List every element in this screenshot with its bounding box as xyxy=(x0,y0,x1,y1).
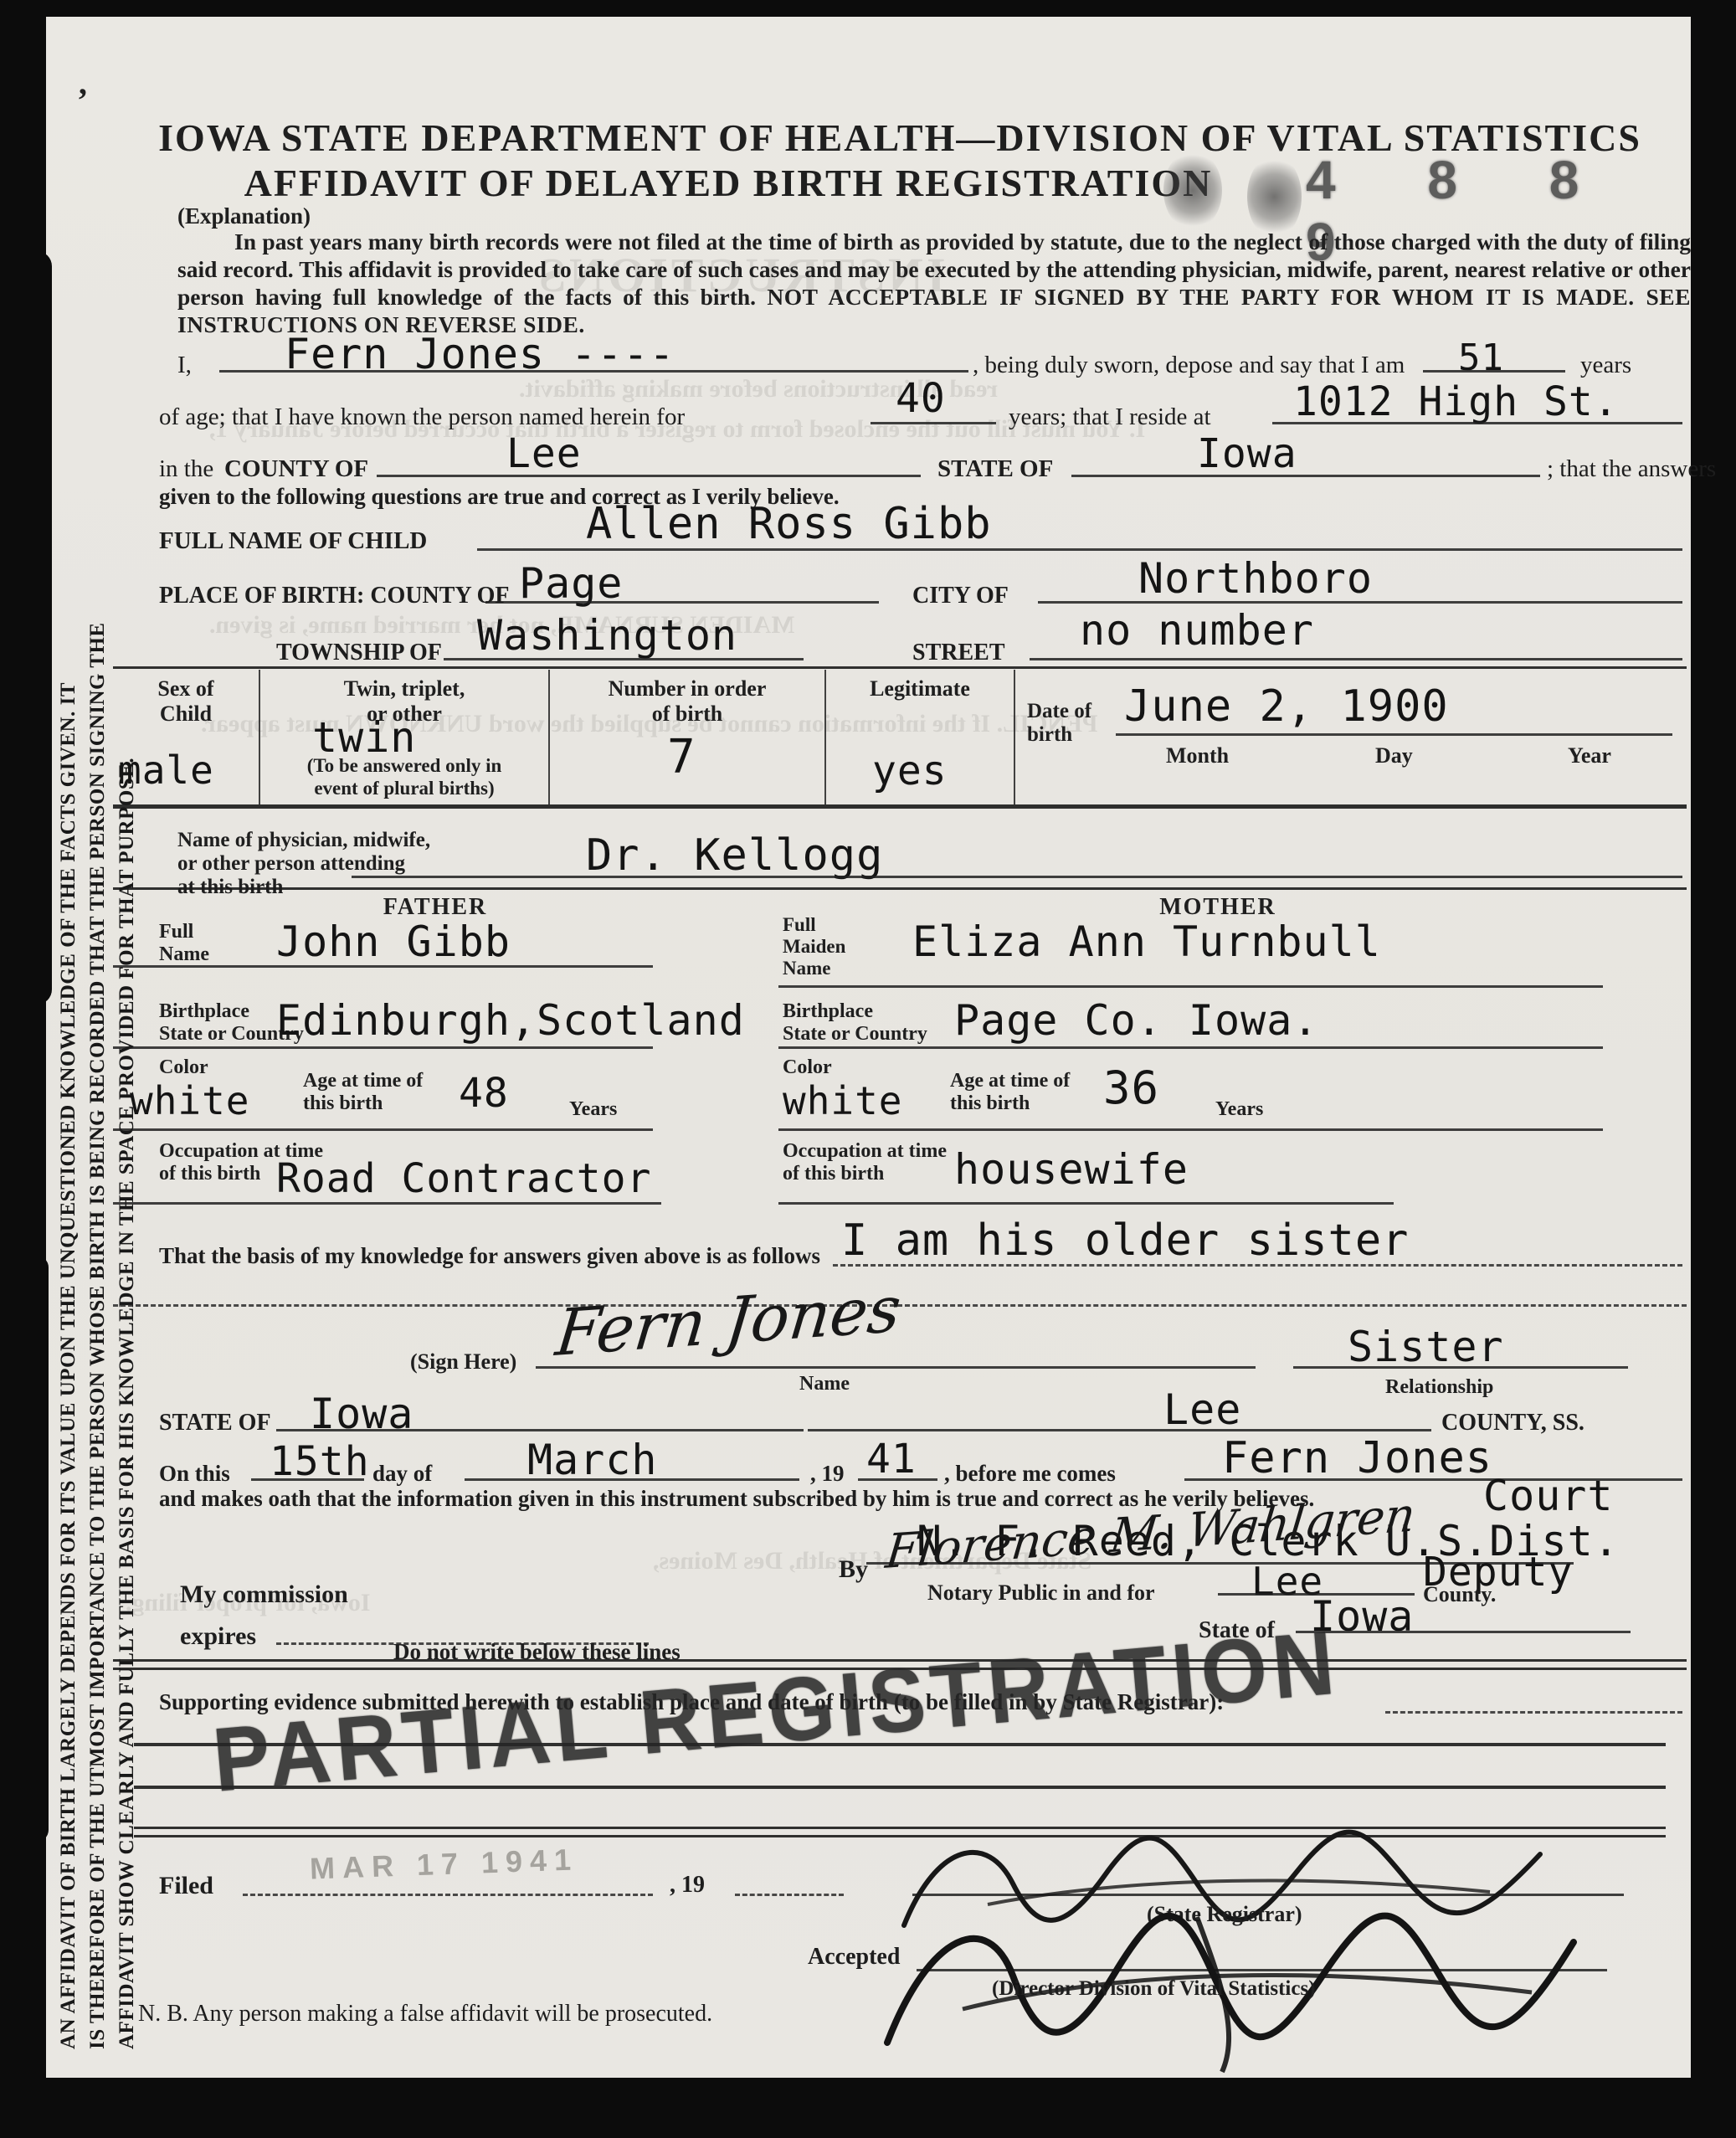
birth-date-value: June 2, 1900 xyxy=(1124,681,1449,732)
blank-line xyxy=(1038,601,1682,604)
blank-line xyxy=(113,1128,653,1131)
blank-line xyxy=(833,1264,1682,1267)
commission-label-2: expires xyxy=(180,1622,256,1651)
day-label: Day xyxy=(1375,743,1413,768)
scan-edge-top xyxy=(0,0,1736,17)
blank-line xyxy=(352,876,1682,878)
blank-line xyxy=(477,548,1682,551)
mother-birthplace-value: Page Co. Iowa. xyxy=(954,996,1318,1045)
basis-value: I am his older sister xyxy=(841,1215,1409,1266)
blank-line xyxy=(243,1894,653,1896)
years-label: years xyxy=(1580,352,1631,379)
relationship-caption: Relationship xyxy=(1385,1376,1493,1399)
reside-label: years; that I reside at xyxy=(1009,403,1211,431)
mother-occupation-label: Occupation at time of this birth xyxy=(783,1140,947,1185)
relationship-line xyxy=(1293,1366,1628,1369)
basis-label: That the basis of my knowledge for answe… xyxy=(159,1243,820,1269)
scan-edge-bottom xyxy=(0,2078,1736,2138)
legitimate-header: Legitimate xyxy=(826,676,1014,702)
director-caption: (Director Division of Vital Statistics) xyxy=(992,1977,1316,2001)
state-of-label: STATE OF xyxy=(937,455,1053,483)
legitimate-value: yes xyxy=(872,748,948,794)
county-suffix-label: County. xyxy=(1423,1582,1496,1607)
father-years-label: Years xyxy=(569,1098,617,1121)
scanned-affidavit-document: { "doc": { "title1": "IOWA STATE DEPARTM… xyxy=(0,0,1736,2138)
explanation-paragraph: In past years many birth records were no… xyxy=(177,228,1691,338)
by-label: By xyxy=(839,1555,868,1584)
blank-line xyxy=(276,1429,804,1431)
affiant-intro-label: I, xyxy=(177,352,192,379)
child-name-label: FULL NAME OF CHILD xyxy=(159,527,427,555)
blank-line xyxy=(113,1202,661,1205)
birth-details-grid: Sex of Child male Twin, triplet, or othe… xyxy=(113,670,1687,809)
on-this-label: On this xyxy=(159,1461,230,1487)
mother-age-value: 36 xyxy=(1103,1061,1159,1114)
blank-line xyxy=(485,601,879,604)
blank-line xyxy=(377,475,921,477)
margin-instruction-note: AN AFFIDAVIT OF BIRTH LARGELY DEPENDS FO… xyxy=(54,124,141,2049)
section-rule xyxy=(113,887,1687,890)
physician-value: Dr. Kellogg xyxy=(586,830,883,881)
notary-label: Notary Public in and for xyxy=(927,1580,1155,1606)
street-value: no number xyxy=(1080,606,1314,655)
blank-line xyxy=(219,370,968,373)
scan-edge-wave xyxy=(35,1256,49,1842)
blank-line xyxy=(1071,475,1540,477)
mother-age-label: Age at time of this birth xyxy=(950,1070,1070,1115)
mother-years-label: Years xyxy=(1215,1098,1263,1121)
city-of-label: CITY OF xyxy=(912,583,1009,609)
county-of-label: COUNTY OF xyxy=(224,455,368,483)
blank-line xyxy=(778,985,1603,988)
street-label: STREET xyxy=(912,640,1005,666)
mother-name-label: Full Maiden Name xyxy=(783,914,845,979)
document-title-line2: AFFIDAVIT OF DELAYED BIRTH REGISTRATION xyxy=(113,161,1343,205)
oath-state-label: STATE OF xyxy=(159,1410,271,1436)
father-name-value: John Gibb xyxy=(276,917,511,966)
day-of-label: day of xyxy=(372,1461,432,1487)
father-age-label: Age at time of this birth xyxy=(303,1070,423,1115)
blank-line xyxy=(1030,658,1682,660)
blank-line xyxy=(778,1128,1603,1131)
commission-label-1: My commission xyxy=(180,1580,348,1609)
affiant-age-value: 51 xyxy=(1458,337,1504,379)
twin-note: (To be answered only in event of plural … xyxy=(260,755,548,799)
mother-color-label: Color xyxy=(783,1056,832,1079)
known-years-label: of age; that I have known the person nam… xyxy=(159,403,685,431)
blank-line xyxy=(858,1478,937,1481)
state-value: Iowa xyxy=(1197,430,1297,477)
corner-mark: ’ xyxy=(77,80,88,120)
blank-line xyxy=(778,1046,1603,1049)
sworn-label: , being duly sworn, depose and say that … xyxy=(973,352,1405,379)
birth-order-value: 7 xyxy=(667,730,696,784)
scan-edge-right xyxy=(1691,0,1736,2138)
blank-line xyxy=(1423,370,1565,373)
section-rule xyxy=(113,666,1687,669)
filed-label: Filed xyxy=(159,1872,213,1900)
blank-line xyxy=(465,1478,799,1481)
court-value: Court xyxy=(1483,1472,1614,1520)
comes-name-value: Fern Jones xyxy=(1222,1433,1492,1483)
scan-edge-wave xyxy=(33,251,52,1005)
sign-here-label: (Sign Here) xyxy=(410,1349,516,1375)
blank-line xyxy=(808,1429,1431,1431)
address-value: 1012 High St. xyxy=(1293,378,1619,425)
blank-line xyxy=(735,1894,844,1896)
year-label: Year xyxy=(1568,743,1611,768)
father-color-value: white xyxy=(130,1078,249,1123)
month-label: Month xyxy=(1166,743,1229,768)
father-name-label: Full Name xyxy=(159,921,209,966)
blank-line xyxy=(1116,733,1672,736)
father-occupation-value: Road Contractor xyxy=(276,1155,651,1202)
township-value: Washington xyxy=(477,611,737,660)
explanation-heading: (Explanation) xyxy=(177,203,311,229)
blank-line xyxy=(1385,1711,1682,1714)
twin-cell: Twin, triplet, or other twin (To be answ… xyxy=(260,670,550,804)
blank-line xyxy=(444,658,804,660)
blank-line xyxy=(113,965,653,968)
sex-header: Sex of Child xyxy=(113,676,259,727)
oath-county-value: Lee xyxy=(1163,1385,1241,1434)
before-me-label: , before me comes xyxy=(944,1461,1116,1487)
margin-note-line: AN AFFIDAVIT OF BIRTH LARGELY DEPENDS FO… xyxy=(54,124,83,2049)
signature-line xyxy=(536,1366,1256,1369)
blank-line xyxy=(113,1046,653,1049)
oath-month-value: March xyxy=(527,1436,658,1484)
answers-label: ; that the answers xyxy=(1547,455,1716,483)
father-age-value: 48 xyxy=(459,1070,509,1117)
margin-note-line: IS THEREFORE OF THE UTMOST IMPORTANCE TO… xyxy=(83,124,112,2049)
township-label: TOWNSHIP OF xyxy=(276,640,442,666)
legitimate-cell: Legitimate yes xyxy=(826,670,1015,804)
ink-smudge xyxy=(1247,155,1302,239)
sex-value: male xyxy=(118,748,214,793)
birth-date-cell: Date of birth June 2, 1900 Month Day Yea… xyxy=(1015,670,1687,804)
blank-line xyxy=(1272,422,1682,424)
relationship-value: Sister xyxy=(1348,1323,1504,1371)
mother-color-value: white xyxy=(783,1078,902,1123)
birth-order-cell: Number in order of birth 7 xyxy=(550,670,826,804)
blank-line xyxy=(251,1478,364,1481)
nb-note: N. B. Any person making a false affidavi… xyxy=(138,2001,712,2028)
in-the-label: in the xyxy=(159,455,213,483)
blank-line xyxy=(1296,1631,1631,1633)
mother-birthplace-label: Birthplace State or Country xyxy=(783,1000,927,1046)
year-pre-label: , 19 xyxy=(810,1461,845,1487)
ink-smudge xyxy=(1163,151,1222,230)
birth-order-header: Number in order of birth xyxy=(550,676,824,727)
oath-year-value: 41 xyxy=(866,1436,917,1483)
blank-line xyxy=(871,422,996,424)
place-of-birth-label: PLACE OF BIRTH: COUNTY OF xyxy=(159,583,510,609)
county-value: Lee xyxy=(506,430,582,477)
father-color-label: Color xyxy=(159,1056,208,1079)
mother-occupation-value: housewife xyxy=(954,1145,1189,1194)
sex-cell: Sex of Child male xyxy=(113,670,260,804)
filed-year-label: , 19 xyxy=(670,1872,705,1899)
birth-date-label: Date of birth xyxy=(1027,700,1091,747)
name-caption: Name xyxy=(799,1373,850,1395)
blank-line xyxy=(778,1202,1394,1205)
birth-city-value: Northboro xyxy=(1138,554,1373,603)
child-name-value: Allen Ross Gibb xyxy=(586,499,992,549)
mother-name-value: Eliza Ann Turnbull xyxy=(912,917,1381,966)
known-years-value: 40 xyxy=(896,375,946,422)
father-birthplace-value: Edinburgh,Scotland xyxy=(276,996,745,1045)
